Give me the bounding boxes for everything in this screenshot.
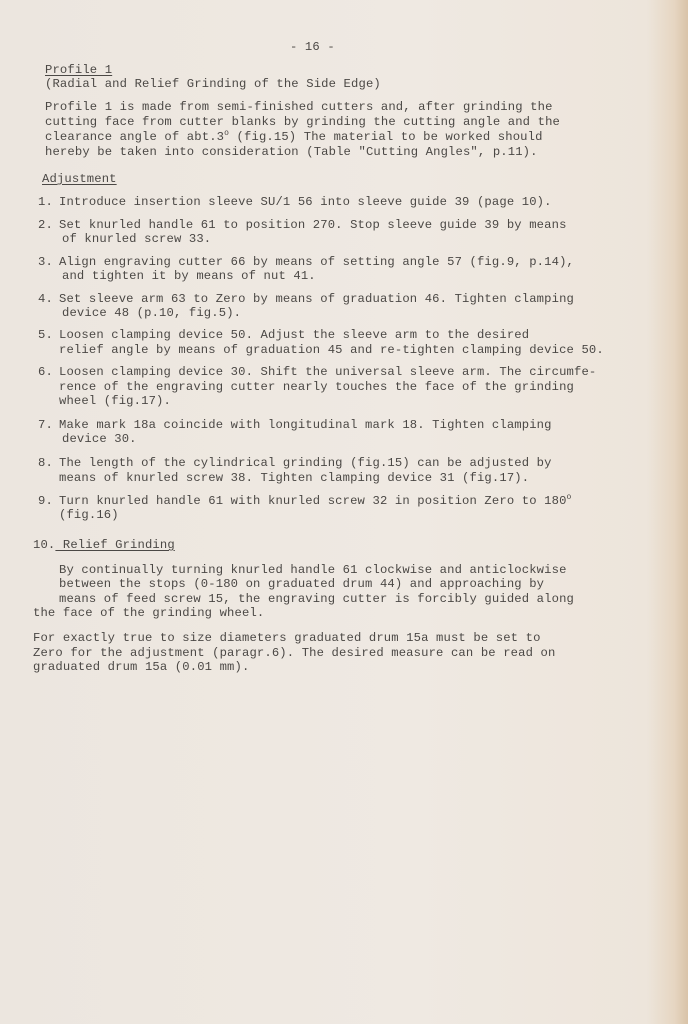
section-heading: Profile 1 bbox=[45, 63, 112, 78]
step-line: Introduce insertion sleeve SU/1 56 into … bbox=[59, 195, 552, 210]
intro-line: cutting face from cutter blanks by grind… bbox=[45, 115, 560, 130]
step-line: the face of the grinding wheel. bbox=[33, 606, 264, 621]
section-subheading: (Radial and Relief Grinding of the Side … bbox=[45, 77, 381, 92]
step-line: of knurled screw 33. bbox=[62, 232, 211, 247]
step-line: device 48 (p.10, fig.5). bbox=[62, 306, 241, 321]
step-line: Loosen clamping device 30. Shift the uni… bbox=[59, 365, 596, 380]
step-line: By continually turning knurled handle 61… bbox=[59, 563, 567, 578]
step-line: Align engraving cutter 66 by means of se… bbox=[59, 255, 574, 270]
step-line: The length of the cylindrical grinding (… bbox=[59, 456, 552, 471]
step-number: 8. bbox=[38, 456, 53, 471]
step-number: 5. bbox=[38, 328, 53, 343]
step-number: 7. bbox=[38, 418, 53, 433]
step-line: rence of the engraving cutter nearly tou… bbox=[59, 380, 574, 395]
step-line: wheel (fig.17). bbox=[59, 394, 171, 409]
closing-line: For exactly true to size diameters gradu… bbox=[33, 631, 541, 646]
step-title: Relief Grinding bbox=[55, 538, 174, 552]
step-number: 4. bbox=[38, 292, 53, 307]
intro-line: hereby be taken into consideration (Tabl… bbox=[45, 145, 538, 160]
closing-line: graduated drum 15a (0.01 mm). bbox=[33, 660, 249, 675]
step-line: Loosen clamping device 50. Adjust the sl… bbox=[59, 328, 529, 343]
step-number: 9. bbox=[38, 494, 53, 509]
closing-line: Zero for the adjustment (paragr.6). The … bbox=[33, 646, 555, 661]
step-line: Make mark 18a coincide with longitudinal… bbox=[59, 418, 552, 433]
step-line: means of knurled screw 38. Tighten clamp… bbox=[59, 471, 529, 486]
step-number: 10. Relief Grinding bbox=[33, 538, 175, 553]
intro-line: clearance angle of abt.3o (fig.15) The m… bbox=[45, 130, 543, 145]
step-number: 2. bbox=[38, 218, 53, 233]
step-line: Set knurled handle 61 to position 270. S… bbox=[59, 218, 567, 233]
step-number: 3. bbox=[38, 255, 53, 270]
step-line: between the stops (0-180 on graduated dr… bbox=[59, 577, 544, 592]
step-line: (fig.16) bbox=[59, 508, 119, 523]
step-line: means of feed screw 15, the engraving cu… bbox=[59, 592, 574, 607]
document-page: - 16 - Profile 1 (Radial and Relief Grin… bbox=[0, 0, 688, 1024]
adjustment-heading: Adjustment bbox=[42, 172, 117, 187]
step-line: device 30. bbox=[62, 432, 137, 447]
step-line: Turn knurled handle 61 with knurled scre… bbox=[59, 494, 571, 509]
step-line: and tighten it by means of nut 41. bbox=[62, 269, 316, 284]
step-number: 6. bbox=[38, 365, 53, 380]
step-number: 1. bbox=[38, 195, 53, 210]
page-number: - 16 - bbox=[290, 40, 335, 55]
step-line: Set sleeve arm 63 to Zero by means of gr… bbox=[59, 292, 574, 307]
step-line: relief angle by means of graduation 45 a… bbox=[59, 343, 604, 358]
intro-line: Profile 1 is made from semi-finished cut… bbox=[45, 100, 553, 115]
